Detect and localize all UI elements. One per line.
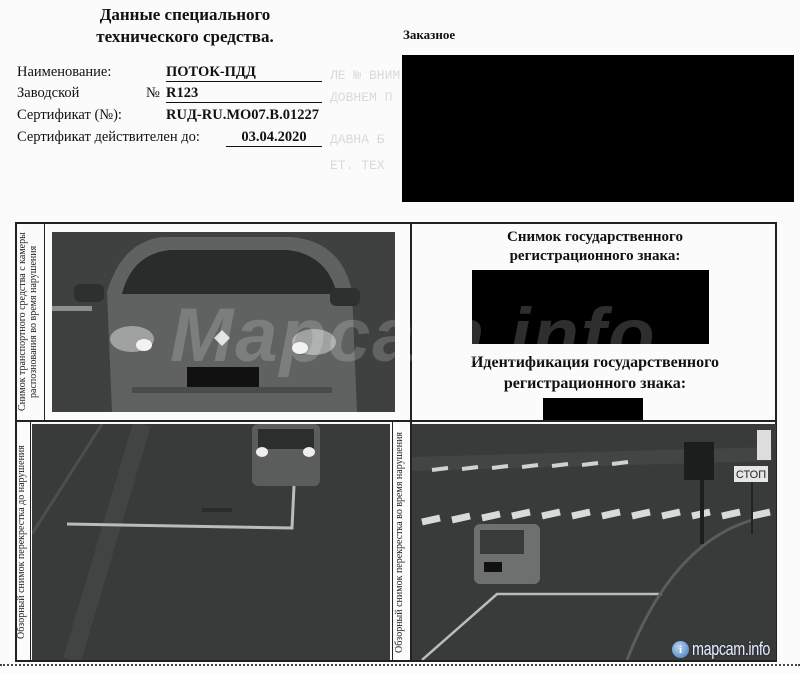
field-name-label: Наименование:	[17, 63, 111, 81]
field-cert-value: RUД-RU.MO07.B.01227	[166, 106, 322, 124]
table-caption-divider	[392, 420, 393, 662]
overview-during-caption: Обзорный снимок перекрестка во время нар…	[394, 424, 408, 660]
vehicle-photo-caption: Снимок транспортного средства с камеры р…	[17, 228, 43, 416]
field-name-value: ПОТОК-ПДД	[166, 63, 322, 82]
bleed-text: ДАВНА Б	[330, 132, 385, 147]
stop-sign-text: СТОП	[736, 469, 766, 481]
overview-before-photo	[32, 424, 390, 660]
table-row-divider	[15, 420, 777, 422]
document-title: Данные специального технического средств…	[60, 4, 310, 48]
field-serial-label: Заводской	[17, 84, 79, 102]
field-valid-label: Сертификат действителен до:	[17, 128, 200, 146]
title-line-2: технического средства.	[60, 26, 310, 48]
bleed-text: ЕТ. ТЕХ	[330, 158, 385, 173]
intersection-during-illustration: СТОП	[412, 424, 776, 660]
field-valid-value: 03.04.2020	[226, 128, 322, 147]
field-cert-label: Сертификат (№):	[17, 106, 122, 124]
field-serial-value: R123	[166, 84, 322, 103]
table-caption-divider	[44, 222, 45, 420]
title-line-1: Данные специального	[60, 4, 310, 26]
overview-during-photo: СТОП	[412, 424, 776, 660]
overview-before-caption: Обзорный снимок перекрестка до нарушения	[16, 424, 30, 660]
mapcam-watermark: Mapcam.info	[170, 292, 657, 379]
table-caption-divider	[30, 420, 31, 662]
registered-mail-label: Заказное	[403, 27, 455, 43]
field-serial-prefix: №	[146, 84, 160, 102]
info-icon: i	[672, 641, 689, 658]
mapcam-logo: i mapcam.info	[672, 639, 790, 660]
mapcam-logo-text: mapcam.info	[692, 639, 770, 660]
intersection-before-illustration	[32, 424, 390, 660]
plate-id-redacted	[543, 398, 643, 420]
bleed-text: ДОВНЕМ П	[330, 90, 392, 105]
bleed-text: ЛЕ № ВНИМ	[330, 68, 400, 83]
plate-photo-title: Снимок государственного регистрационного…	[470, 228, 720, 266]
cut-line	[0, 664, 800, 666]
recipient-address-redacted	[402, 55, 794, 202]
